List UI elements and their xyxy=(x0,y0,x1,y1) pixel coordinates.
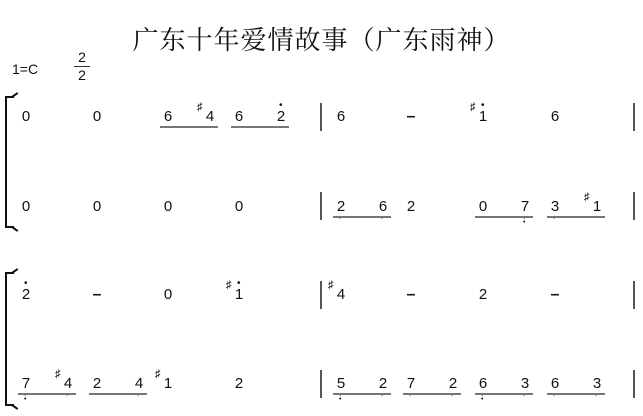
time-signature-denominator: 2 xyxy=(74,68,90,83)
note: 2• xyxy=(274,108,288,126)
note: 2 xyxy=(90,375,104,393)
octave-down-dot-icon: •• xyxy=(481,394,483,402)
note: 1♯ xyxy=(161,375,175,393)
note: 6 xyxy=(548,108,562,126)
note: 1♯ xyxy=(590,198,604,216)
rest: 0 xyxy=(161,286,175,304)
octave-down-dot-icon: •• xyxy=(339,394,341,402)
note: 2• xyxy=(446,375,460,393)
rest: 0 xyxy=(90,108,104,126)
barline xyxy=(633,103,635,131)
system-bracket-2 xyxy=(5,272,14,406)
beam-underline xyxy=(89,393,147,395)
note: 6 xyxy=(161,108,175,126)
rest: 0 xyxy=(19,198,33,216)
sustain-dash: – xyxy=(404,108,418,126)
rest: 0 xyxy=(232,198,246,216)
note: 3• xyxy=(548,198,562,216)
beam-underline xyxy=(475,216,533,218)
rest: 0 xyxy=(161,198,175,216)
beam-underline xyxy=(547,393,605,395)
time-signature: 2 2 xyxy=(74,50,90,83)
note: 6 xyxy=(334,108,348,126)
barline xyxy=(320,370,322,398)
octave-up-dot-icon: • xyxy=(24,280,28,288)
note: 5•• xyxy=(334,375,348,393)
beam-underline xyxy=(403,393,461,395)
barline xyxy=(633,281,635,309)
beam-underline xyxy=(333,393,391,395)
sharp-icon: ♯ xyxy=(155,365,161,383)
key-signature: 1=C xyxy=(12,61,38,77)
note: 4♯• xyxy=(61,375,75,393)
note: 2• xyxy=(334,198,348,216)
rest: 0 xyxy=(476,198,490,216)
note: 4• xyxy=(132,375,146,393)
note: 6• xyxy=(376,198,390,216)
note: 2 xyxy=(232,375,246,393)
note: 4♯ xyxy=(203,108,217,126)
barline xyxy=(320,281,322,309)
note: 1♯• xyxy=(232,286,246,304)
barline xyxy=(320,103,322,131)
octave-up-dot-icon: • xyxy=(237,280,241,288)
octave-up-dot-icon: • xyxy=(279,102,283,110)
beam-underline xyxy=(160,126,218,128)
note: 6 xyxy=(232,108,246,126)
note: 2 xyxy=(404,198,418,216)
sharp-icon: ♯ xyxy=(328,276,334,294)
note: 7•• xyxy=(518,198,532,216)
beam-underline xyxy=(333,216,391,218)
octave-down-dot-icon: •• xyxy=(523,217,525,225)
beam-underline xyxy=(475,393,533,395)
sharp-icon: ♯ xyxy=(226,276,232,294)
note: 2 xyxy=(476,286,490,304)
rest: 0 xyxy=(19,108,33,126)
sharp-icon: ♯ xyxy=(55,365,61,383)
beam-underline xyxy=(547,216,605,218)
song-title: 广东十年爱情故事（广东雨神） xyxy=(0,20,643,57)
barline xyxy=(320,192,322,220)
rest: 0 xyxy=(90,198,104,216)
sustain-dash: – xyxy=(90,286,104,304)
note: 6• xyxy=(548,375,562,393)
note: 2• xyxy=(19,286,33,304)
note: 3• xyxy=(590,375,604,393)
note: 7•• xyxy=(19,375,33,393)
system-bracket-1 xyxy=(5,96,14,228)
beam-underline xyxy=(231,126,289,128)
barline xyxy=(633,192,635,220)
sharp-icon: ♯ xyxy=(584,188,590,206)
note: 4♯ xyxy=(334,286,348,304)
beam-underline xyxy=(18,393,76,395)
note: 1♯• xyxy=(476,108,490,126)
time-signature-numerator: 2 xyxy=(74,50,90,65)
note: 2• xyxy=(376,375,390,393)
octave-down-dot-icon: •• xyxy=(24,394,26,402)
note: 6•• xyxy=(476,375,490,393)
note: 3• xyxy=(518,375,532,393)
sustain-dash: – xyxy=(404,286,418,304)
sustain-dash: – xyxy=(548,286,562,304)
barline xyxy=(633,370,635,398)
sharp-icon: ♯ xyxy=(197,98,203,116)
octave-up-dot-icon: • xyxy=(481,102,485,110)
note: 7• xyxy=(404,375,418,393)
sharp-icon: ♯ xyxy=(470,98,476,116)
